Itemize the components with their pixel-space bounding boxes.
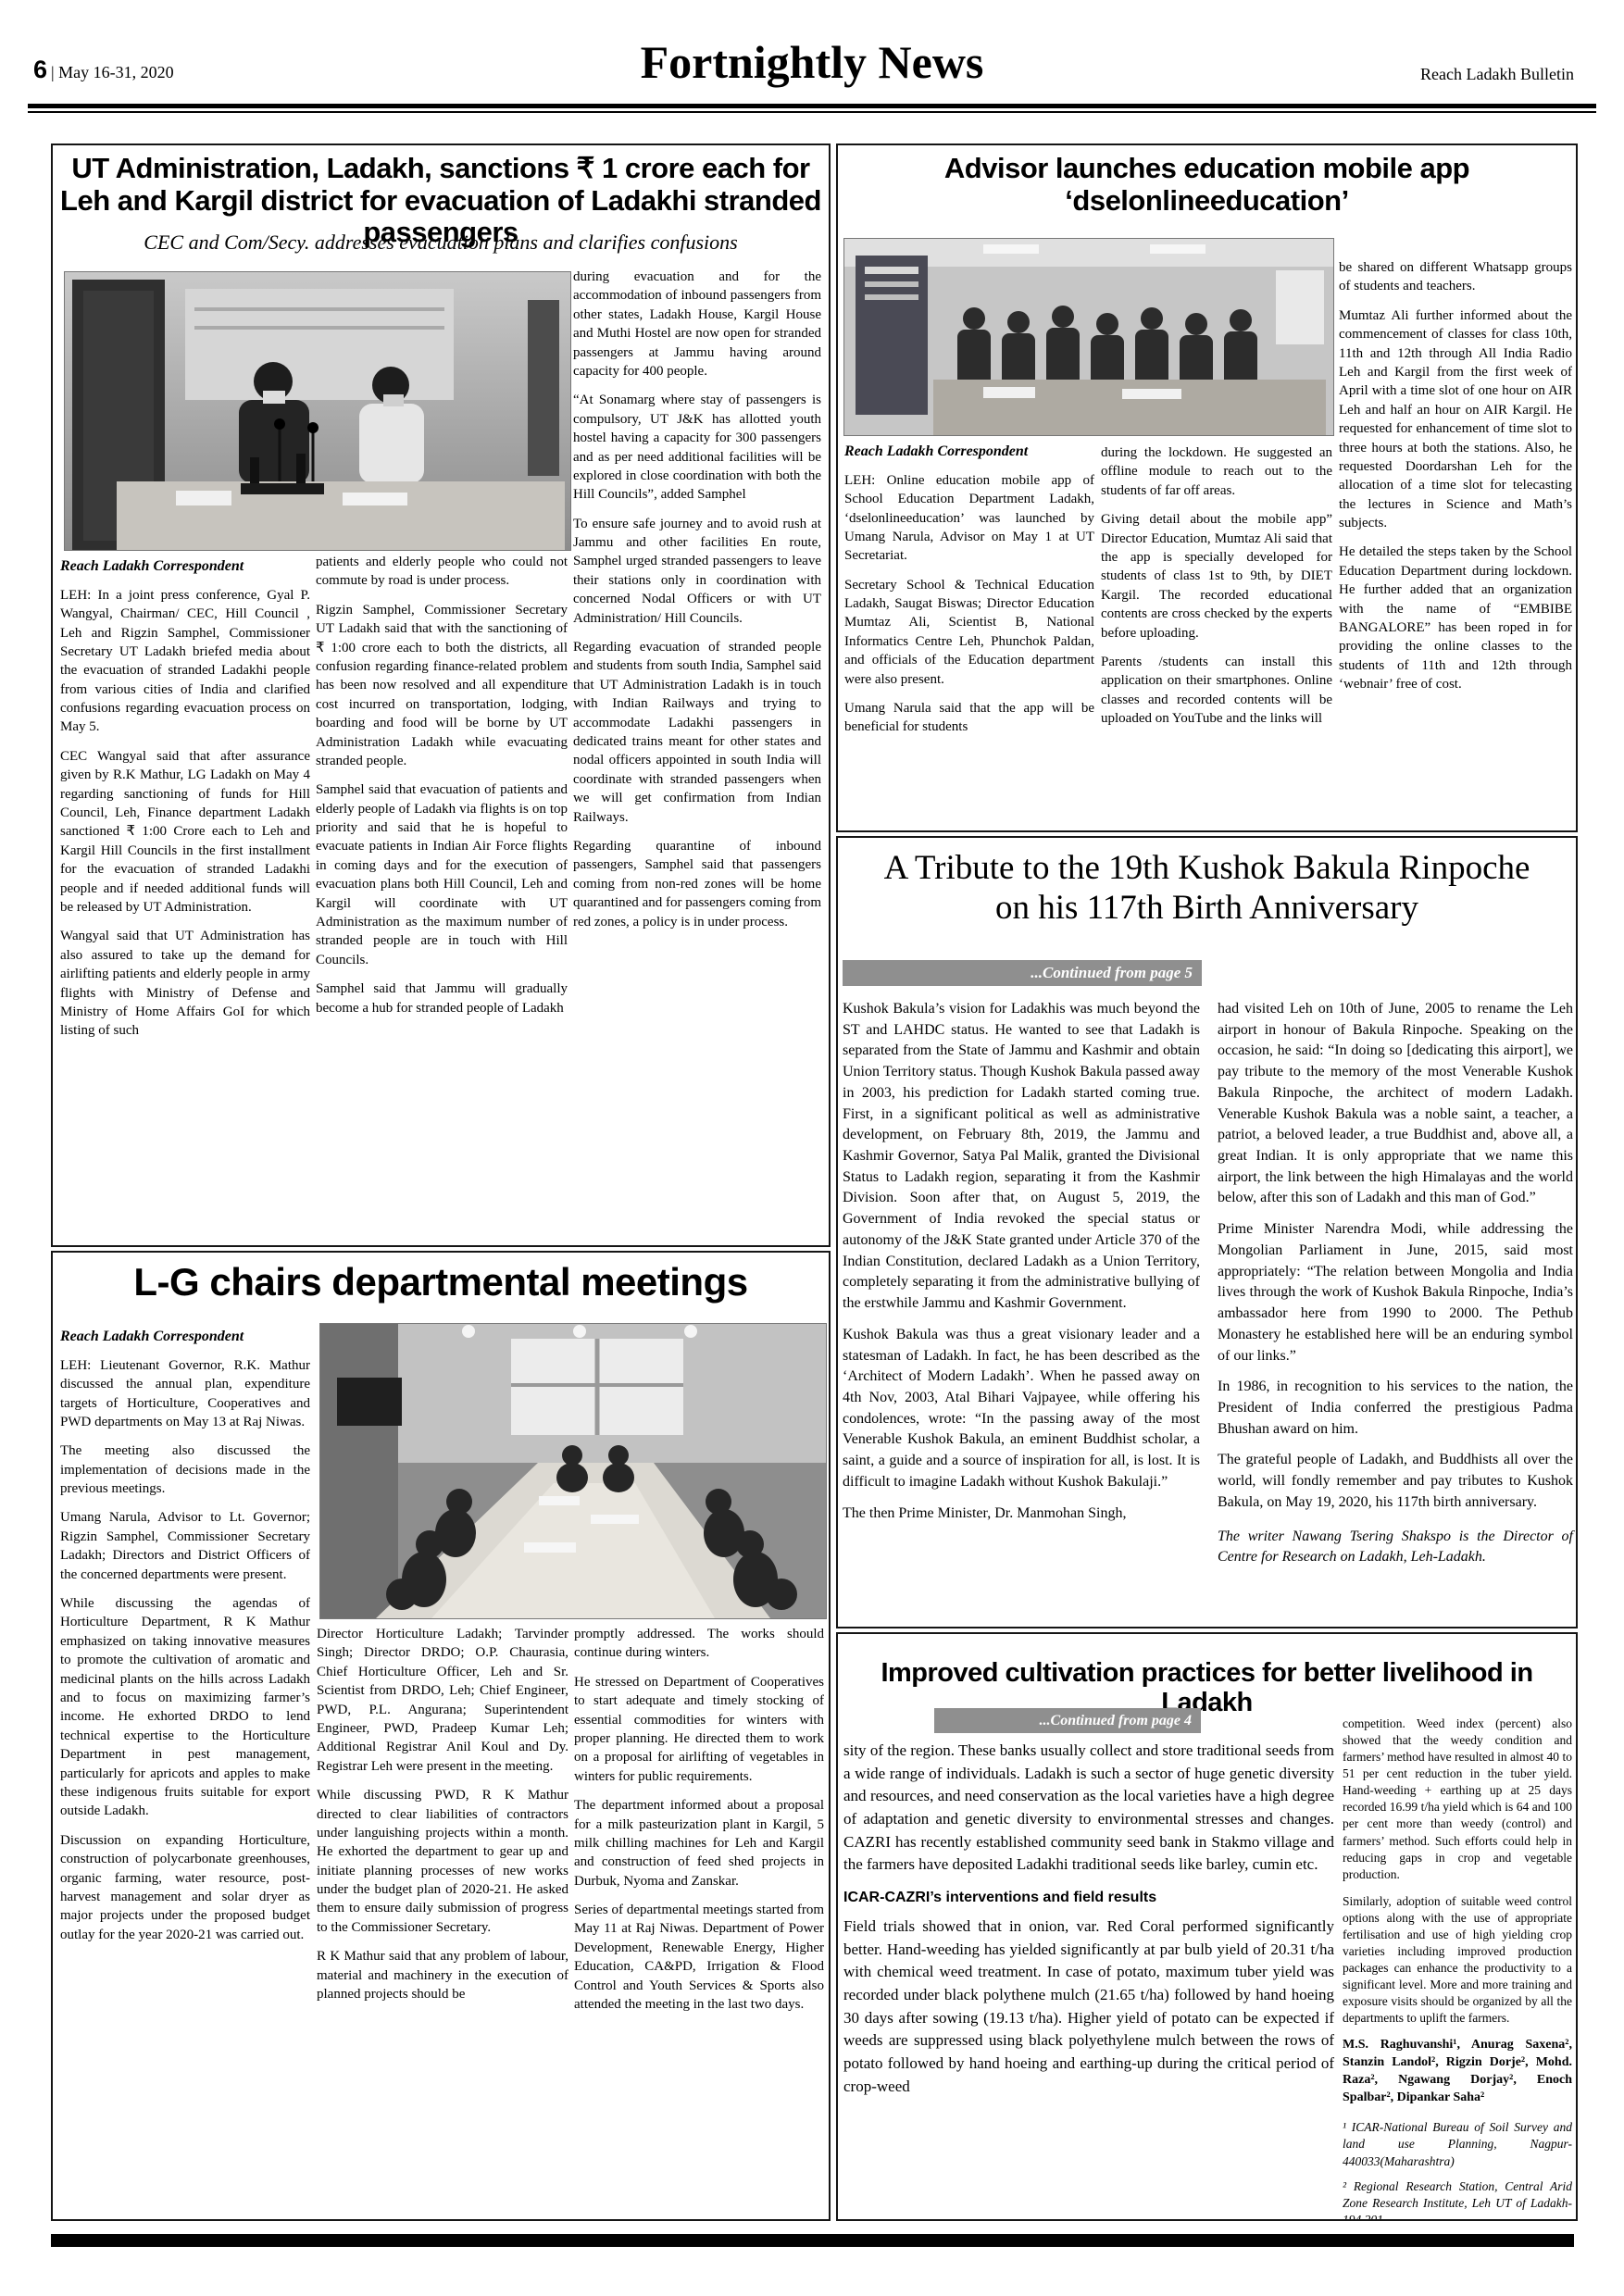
- paragraph: Director Horticulture Ladakh; Tarvinder …: [317, 1625, 568, 1776]
- paragraph: Field trials showed that in onion, var. …: [843, 1915, 1334, 2098]
- article-education-app: Advisor launches education mobile app ‘d…: [836, 143, 1578, 832]
- paragraph: Prime Minister Narendra Modi, while addr…: [1218, 1219, 1573, 1366]
- article-column-3: promptly addressed. The works should con…: [574, 1625, 824, 2214]
- paragraph: Regarding evacuation of stranded people …: [573, 638, 821, 827]
- article-ut-administration: UT Administration, Ladakh, sanctions ₹ 1…: [51, 143, 831, 1247]
- paragraph: He detailed the steps taken by the Schoo…: [1339, 543, 1572, 693]
- newspaper-page: 6 | May 16-31, 2020 Fortnightly News Rea…: [0, 0, 1624, 2296]
- article-column-1: Kushok Bakula’s vision for Ladakhis was …: [843, 999, 1200, 1621]
- paragraph: LEH: Lieutenant Governor, R.K. Mathur di…: [60, 1356, 310, 1432]
- paragraph: Samphel said that evacuation of patients…: [316, 780, 568, 969]
- paragraph: ¹ ICAR-National Bureau of Soil Survey an…: [1343, 2119, 1572, 2169]
- paragraph: Giving detail about the mobile app” Dire…: [1101, 510, 1332, 643]
- authors-line: M.S. Raghuvanshi¹, Anurag Saxena², Stanz…: [1343, 2037, 1572, 2106]
- article-subtitle: CEC and Com/Secy. addresses evacuation p…: [53, 231, 829, 255]
- paragraph: In 1986, in recognition to his services …: [1218, 1377, 1573, 1440]
- section-subhead: ICAR-CAZRI’s interventions and field res…: [843, 1887, 1334, 1908]
- press-conference-photo-art: [65, 272, 570, 550]
- paragraph: Umang Narula said that the app will be b…: [844, 699, 1094, 737]
- paragraph: While discussing PWD, R K Mathur directe…: [317, 1786, 568, 1937]
- byline: Reach Ladakh Correspondent: [60, 556, 310, 577]
- headline-line-1: A Tribute to the 19th Kushok Bakula Rinp…: [845, 849, 1568, 889]
- column-text: patients and elderly people who could no…: [316, 553, 568, 1017]
- paragraph: To ensure safe journey and to avoid rush…: [573, 515, 821, 628]
- paragraph: Secretary School & Technical Education L…: [844, 576, 1094, 689]
- column-text: Field trials showed that in onion, var. …: [843, 1915, 1334, 2098]
- article-column-1: Reach Ladakh Correspondent LEH: Lieutena…: [60, 1327, 310, 2214]
- footer-rule: [51, 2234, 1574, 2247]
- app-launch-photo: [843, 238, 1334, 436]
- continued-from-banner: ...Continued from page 5: [843, 960, 1202, 986]
- article-column-1: Reach Ladakh Correspondent LEH: In a joi…: [60, 556, 310, 1240]
- paragraph: LEH: In a joint press conference, Gyal P…: [60, 586, 310, 737]
- column-text: LEH: Lieutenant Governor, R.K. Mathur di…: [60, 1356, 310, 1944]
- paragraph: Discussion on expanding Horticulture, co…: [60, 1831, 310, 1944]
- paragraph: ² Regional Research Station, Central Ari…: [1343, 2178, 1572, 2221]
- paragraph: “At Sonamarg where stay of passengers is…: [573, 391, 821, 504]
- paragraph: had visited Leh on 10th of June, 2005 to…: [1218, 999, 1573, 1209]
- article-tribute: A Tribute to the 19th Kushok Bakula Rinp…: [836, 836, 1578, 1628]
- column-text: promptly addressed. The works should con…: [574, 1625, 824, 2014]
- byline: Reach Ladakh Correspondent: [844, 442, 1094, 462]
- article-headline: L-G chairs departmental meetings: [60, 1260, 821, 1304]
- column-text: be shared on different Whatsapp groups o…: [1339, 258, 1572, 694]
- article-headline: Advisor launches education mobile app ‘d…: [845, 153, 1568, 217]
- paragraph: sity of the region. These banks usually …: [843, 1740, 1334, 1877]
- article-column-2: Director Horticulture Ladakh; Tarvinder …: [317, 1625, 568, 2214]
- references: ¹ ICAR-National Bureau of Soil Survey an…: [1343, 2119, 1572, 2221]
- paragraph: Samphel said that Jammu will gradually b…: [316, 980, 568, 1017]
- article-headline: A Tribute to the 19th Kushok Bakula Rinp…: [845, 849, 1568, 929]
- article-column-2: had visited Leh on 10th of June, 2005 to…: [1218, 999, 1573, 1621]
- article-lg-meetings: L-G chairs departmental meetings: [51, 1251, 831, 2221]
- paragraph: Similarly, adoption of suitable weed con…: [1343, 1893, 1572, 2028]
- paragraph: Regarding quarantine of inbound passenge…: [573, 837, 821, 931]
- column-text: Director Horticulture Ladakh; Tarvinder …: [317, 1625, 568, 2003]
- headline-line-2: ‘dselonlineeducation’: [845, 185, 1568, 218]
- paragraph: The meeting also discussed the implement…: [60, 1441, 310, 1498]
- paragraph: Wangyal said that UT Administration has …: [60, 927, 310, 1040]
- article-column-2: competition. Weed index (percent) also s…: [1343, 1716, 1572, 2214]
- column-text: LEH: Online education mobile app of Scho…: [844, 471, 1094, 737]
- paragraph: Kushok Bakula was thus a great visionary…: [843, 1325, 1200, 1493]
- article-column-1: Reach Ladakh Correspondent LEH: Online e…: [844, 442, 1094, 825]
- paragraph: promptly addressed. The works should con…: [574, 1625, 824, 1663]
- author-signature: The writer Nawang Tsering Shakspo is the…: [1218, 1527, 1573, 1568]
- column-text: during evacuation and for the accommodat…: [573, 268, 821, 931]
- press-conference-photo: [64, 271, 571, 551]
- paragraph: Umang Narula, Advisor to Lt. Governor; R…: [60, 1508, 310, 1584]
- header-rule: [28, 104, 1596, 113]
- headline-line-1: Advisor launches education mobile app: [845, 153, 1568, 185]
- paragraph: The department informed about a proposal…: [574, 1796, 824, 1890]
- paragraph: Kushok Bakula’s vision for Ladakhis was …: [843, 999, 1200, 1315]
- column-text: Kushok Bakula’s vision for Ladakhis was …: [843, 999, 1200, 1524]
- paragraph: The grateful people of Ladakh, and Buddh…: [1218, 1450, 1573, 1513]
- paragraph: LEH: Online education mobile app of Scho…: [844, 471, 1094, 566]
- article-column-2: patients and elderly people who could no…: [316, 553, 568, 1240]
- column-text: sity of the region. These banks usually …: [843, 1740, 1334, 1877]
- paragraph: Rigzin Samphel, Commissioner Secretary U…: [316, 601, 568, 771]
- meeting-room-photo-art: [320, 1324, 826, 1618]
- article-column-1: sity of the region. These banks usually …: [843, 1740, 1334, 2214]
- article-cultivation: Improved cultivation practices for bette…: [836, 1632, 1578, 2221]
- article-column-3: during evacuation and for the accommodat…: [573, 268, 821, 1240]
- masthead-title: Fortnightly News: [0, 35, 1624, 89]
- paragraph: competition. Weed index (percent) also s…: [1343, 1716, 1572, 1883]
- headline-line-2: on his 117th Birth Anniversary: [845, 889, 1568, 929]
- paragraph: Series of departmental meetings started …: [574, 1901, 824, 2014]
- column-text: during the lockdown. He suggested an off…: [1101, 443, 1332, 728]
- paragraph: during evacuation and for the accommodat…: [573, 268, 821, 381]
- paragraph: patients and elderly people who could no…: [316, 553, 568, 591]
- column-text: had visited Leh on 10th of June, 2005 to…: [1218, 999, 1573, 1514]
- paragraph: be shared on different Whatsapp groups o…: [1339, 258, 1572, 296]
- paragraph: The then Prime Minister, Dr. Manmohan Si…: [843, 1504, 1200, 1525]
- paragraph: Mumtaz Ali further informed about the co…: [1339, 306, 1572, 533]
- column-text: LEH: In a joint press conference, Gyal P…: [60, 586, 310, 1041]
- article-column-2: during the lockdown. He suggested an off…: [1101, 443, 1332, 825]
- paragraph: during the lockdown. He suggested an off…: [1101, 443, 1332, 500]
- continued-from-banner: ...Continued from page 4: [934, 1708, 1201, 1733]
- article-column-3: be shared on different Whatsapp groups o…: [1339, 258, 1572, 825]
- paragraph: While discussing the agendas of Horticul…: [60, 1594, 310, 1821]
- paragraph: R K Mathur said that any problem of labo…: [317, 1947, 568, 2003]
- meeting-room-photo: [319, 1323, 827, 1619]
- paragraph: He stressed on Department of Cooperative…: [574, 1673, 824, 1786]
- bulletin-name: Reach Ladakh Bulletin: [1420, 65, 1574, 84]
- paragraph: CEC Wangyal said that after assurance gi…: [60, 747, 310, 917]
- byline: Reach Ladakh Correspondent: [60, 1327, 310, 1347]
- app-launch-photo-art: [844, 239, 1333, 435]
- column-text: competition. Weed index (percent) also s…: [1343, 1716, 1572, 2027]
- paragraph: Parents /students can install this appli…: [1101, 653, 1332, 729]
